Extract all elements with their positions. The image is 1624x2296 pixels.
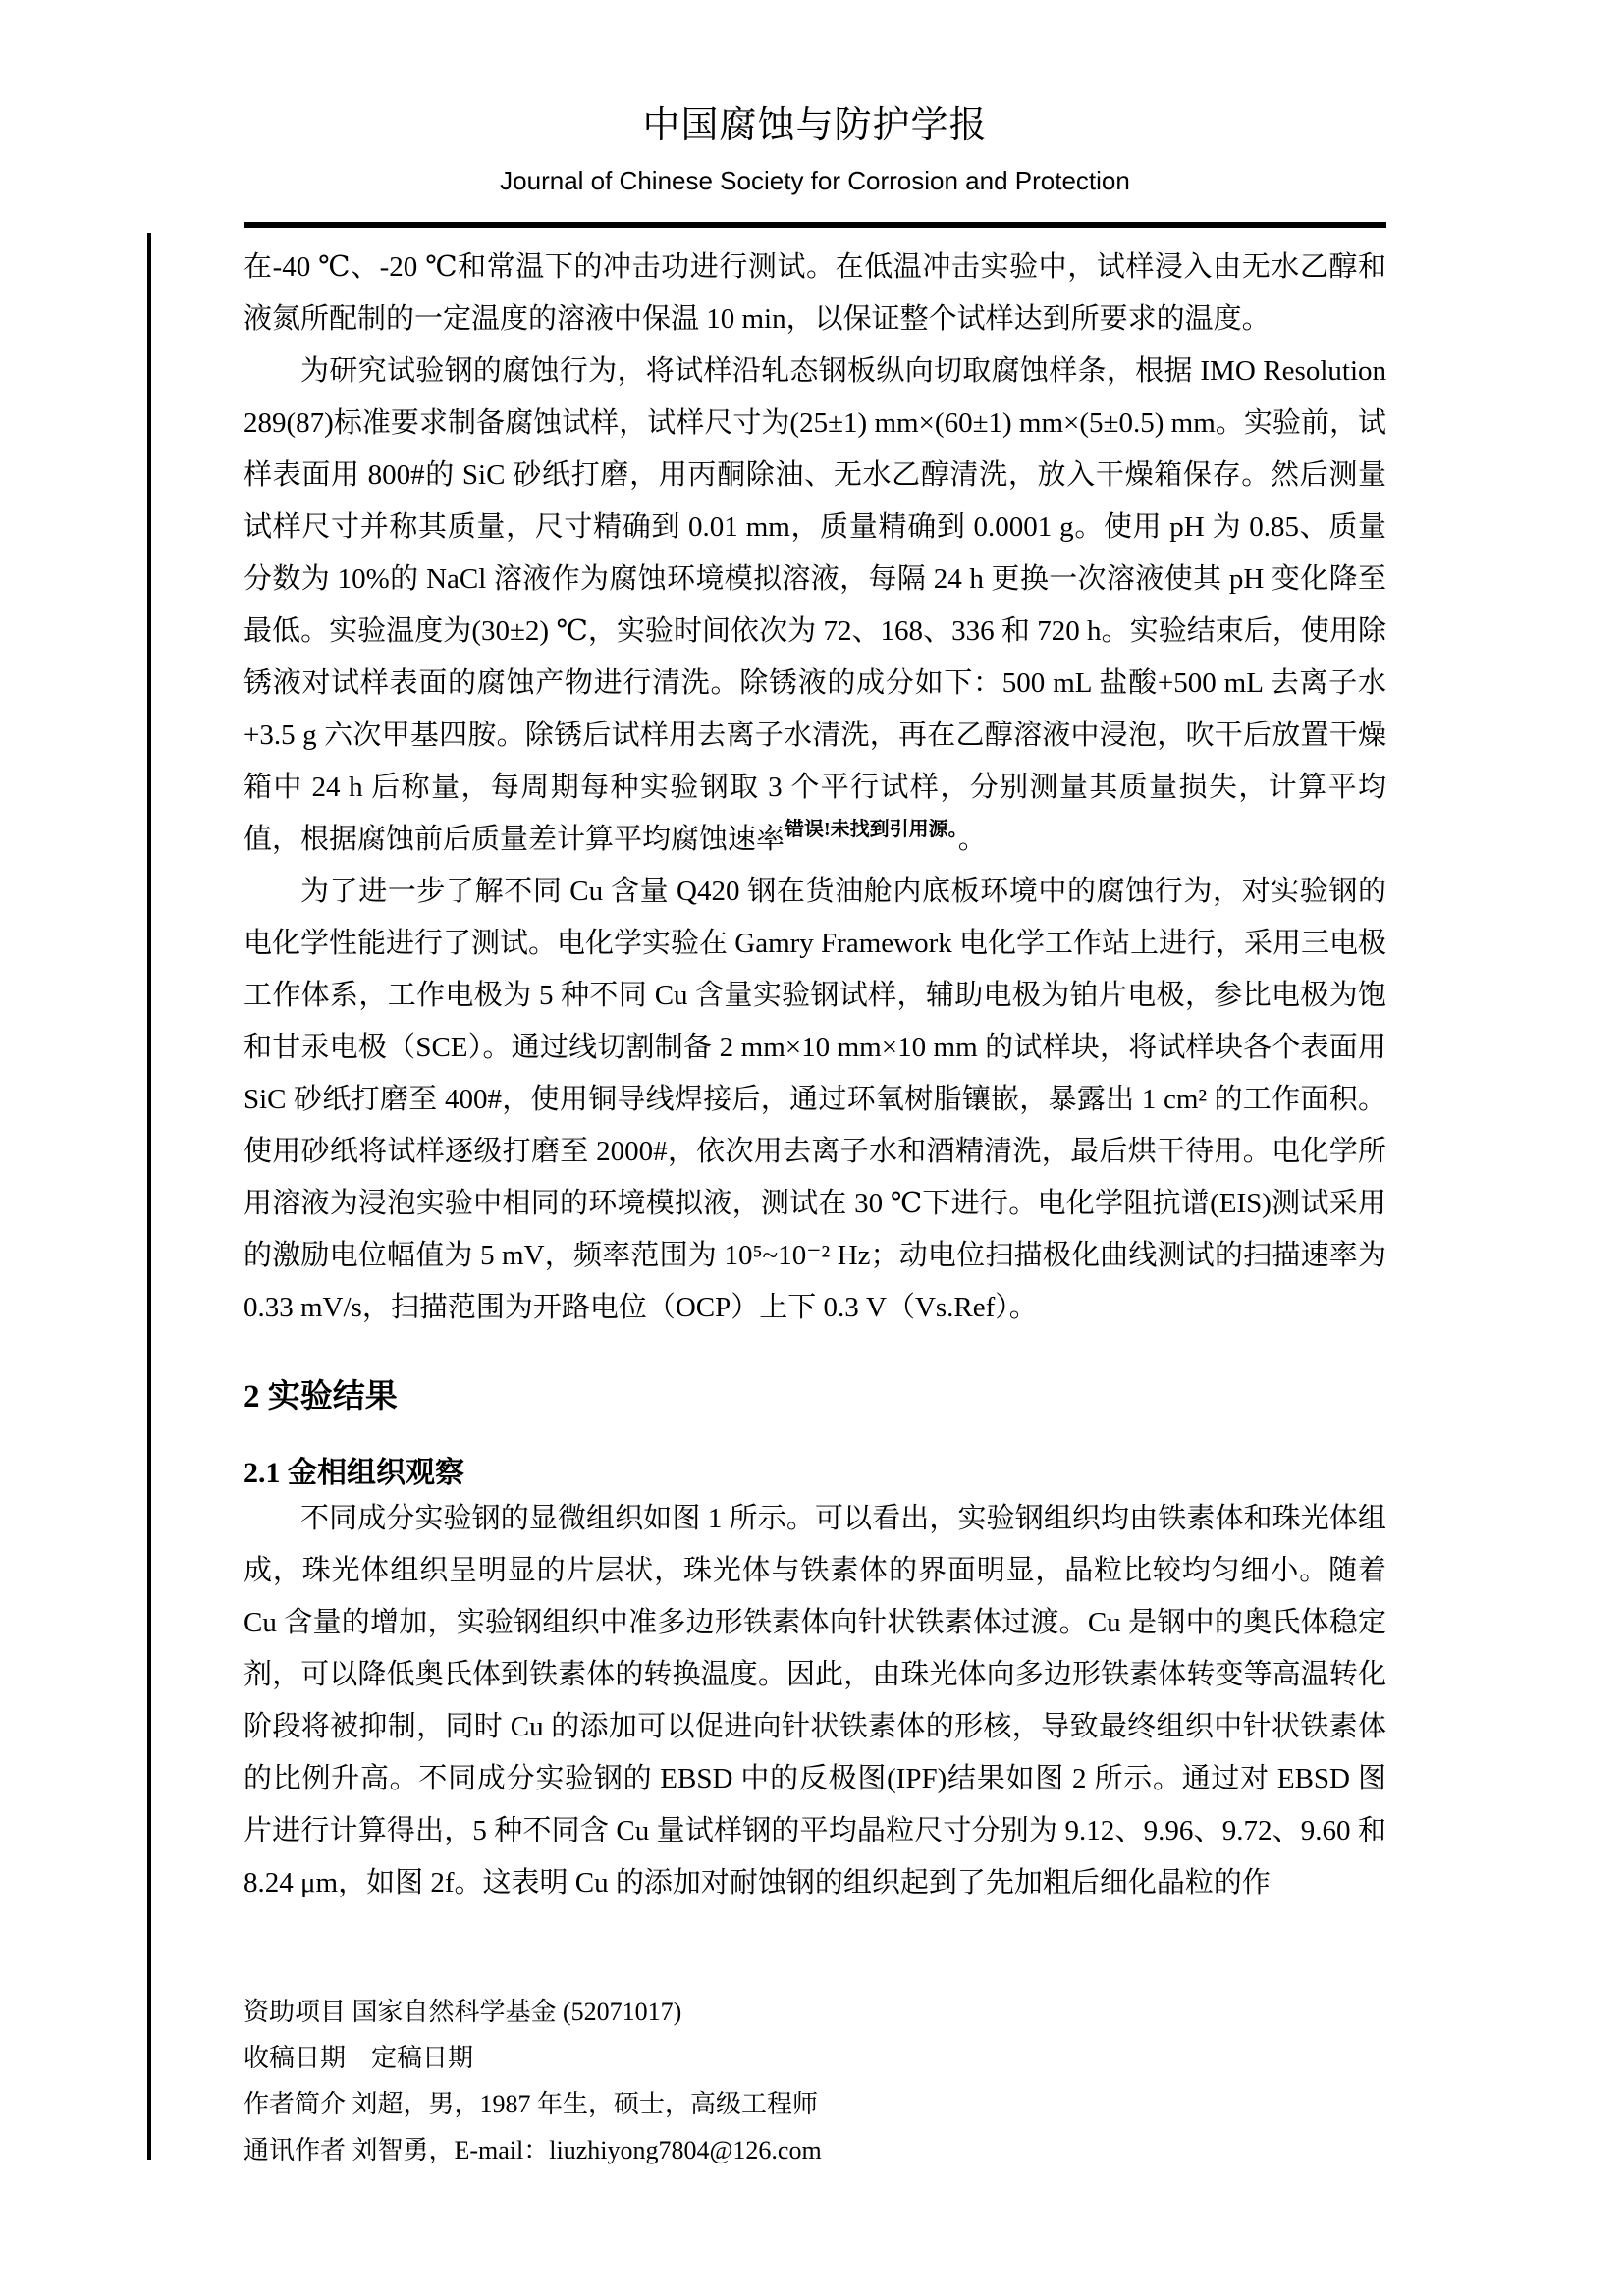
paragraph-corrosion-specimen: 为研究试验钢的腐蚀行为，将试样沿轧态钢板纵向切取腐蚀样条，根据 IMO Reso… — [244, 346, 1386, 866]
header-rule — [244, 222, 1386, 228]
paragraph-corrosion-specimen-tail: 。 — [958, 824, 987, 855]
section-heading-results: 2 实验结果 — [244, 1375, 1386, 1418]
subsection-heading-metallography: 2.1 金相组织观察 — [244, 1454, 1386, 1493]
paragraph-electrochemical-test: 为了进一步了解不同 Cu 含量 Q420 钢在货油舱内底板环境中的腐蚀行为，对实… — [244, 866, 1386, 1334]
revision-change-bar — [147, 233, 151, 2160]
error-reference-superscript: 错误!未找到引用源。 — [785, 819, 958, 840]
body-text: 在-40 ℃、-20 ℃和常温下的冲击功进行测试。在低温冲击实验中，试样浸入由无… — [244, 241, 1386, 1909]
footnote-author-bio: 作者简介 刘超，男，1987 年生，硕士，高级工程师 — [244, 2081, 1386, 2127]
journal-title-chinese: 中国腐蚀与防护学报 — [244, 102, 1386, 149]
document-page: 中国腐蚀与防护学报 Journal of Chinese Society for… — [0, 0, 1624, 2296]
paragraph-corrosion-specimen-text: 为研究试验钢的腐蚀行为，将试样沿轧态钢板纵向切取腐蚀样条，根据 IMO Reso… — [244, 355, 1386, 855]
footnote-dates: 收稿日期 定稿日期 — [244, 2035, 1386, 2081]
paragraph-impact-test: 在-40 ℃、-20 ℃和常温下的冲击功进行测试。在低温冲击实验中，试样浸入由无… — [244, 241, 1386, 346]
footnote-funding: 资助项目 国家自然科学基金 (52071017) — [244, 1989, 1386, 2035]
paragraph-microstructure: 不同成分实验钢的显微组织如图 1 所示。可以看出，实验钢组织均由铁素体和珠光体组… — [244, 1493, 1386, 1909]
page-content: 中国腐蚀与防护学报 Journal of Chinese Society for… — [244, 0, 1386, 1909]
footnote-corresponding-author: 通讯作者 刘智勇，E-mail：liuzhiyong7804@126.com — [244, 2127, 1386, 2173]
footnote-block: 资助项目 国家自然科学基金 (52071017) 收稿日期 定稿日期 作者简介 … — [244, 1989, 1386, 2173]
journal-title-english: Journal of Chinese Society for Corrosion… — [244, 165, 1386, 196]
